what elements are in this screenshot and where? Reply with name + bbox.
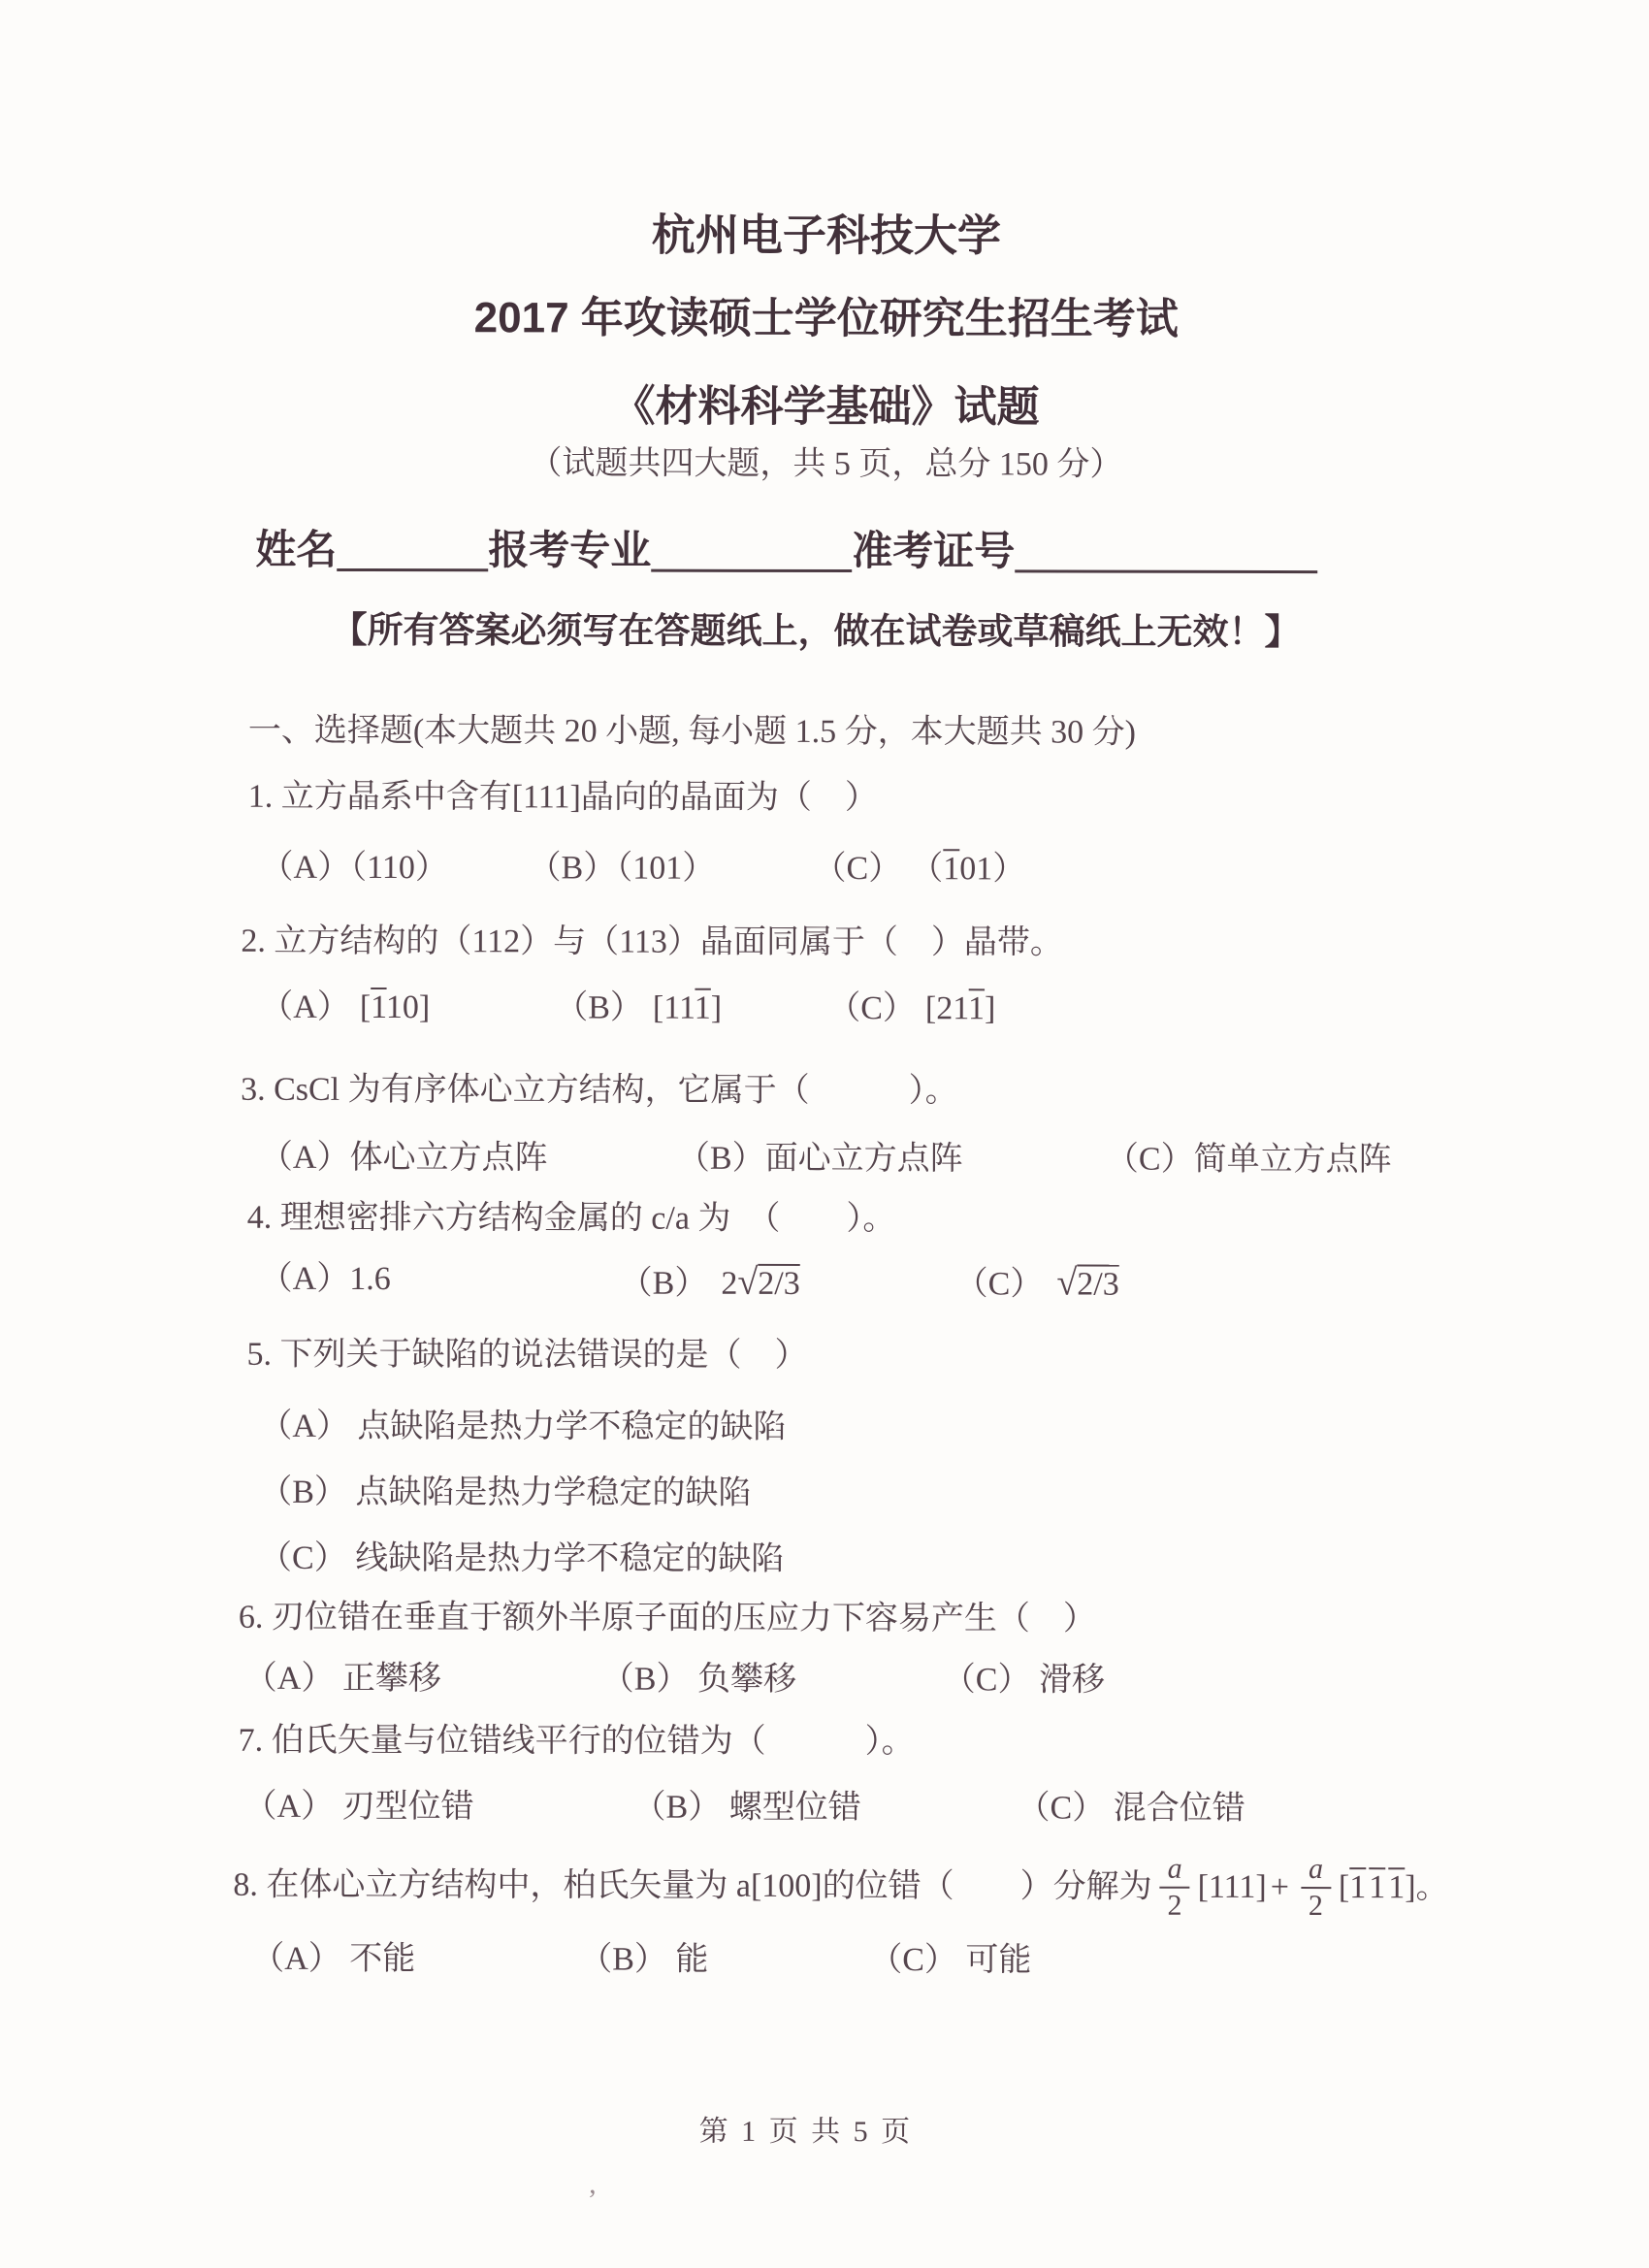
burgers-vector-111: [111] xyxy=(1198,1868,1267,1907)
overbarred-digits: 111 xyxy=(1349,1869,1405,1905)
q2-option-a: （A）[110] xyxy=(260,988,430,1027)
university-title: 杭州电子科技大学 xyxy=(2,208,1649,263)
admission-no-blank-line xyxy=(1015,567,1317,573)
q2-option-c: （C）[211] xyxy=(827,989,995,1028)
q4-option-c: （C）√2/3 xyxy=(955,1261,1119,1305)
q5-option-a: （A） 点缺陷是热力学不稳定的缺陷 xyxy=(259,1408,786,1447)
q4-option-a: （A）1.6 xyxy=(260,1260,391,1299)
fraction-a-over-2: a2 xyxy=(1160,1853,1190,1922)
question-4: 4. 理想密排六方结构金属的 c/a 为 （ ）。 xyxy=(247,1199,896,1240)
miller-index-overbar: 1 xyxy=(969,990,985,1026)
paper-title: 《材料科学基础》试题 xyxy=(2,380,1649,434)
q8-option-a: （A） 不能 xyxy=(251,1940,415,1979)
name-blank-line xyxy=(337,567,488,571)
answer-sheet-notice: 【所有答案必须写在答题纸上，做在试卷或草稿纸上无效！】 xyxy=(1,608,1631,654)
q2-option-b: （B）[111] xyxy=(555,988,722,1027)
q3-option-c: （C）简单立方点阵 xyxy=(1106,1141,1392,1181)
scan-stray-mark: ’ xyxy=(588,2184,598,2217)
section-1-heading: 一、选择题(本大题共 20 小题, 每小题 1.5 分，本大题共 30 分) xyxy=(248,712,1136,753)
name-label: 姓名 xyxy=(255,527,337,572)
major-label: 报考专业 xyxy=(488,527,651,572)
q7-option-b: （B） 螺型位错 xyxy=(633,1789,861,1829)
burgers-vector-neg111: [111] xyxy=(1339,1868,1416,1907)
q7-option-a: （A） 刃型位错 xyxy=(244,1788,474,1828)
q8-text: 8. 在体心立方结构中，柏氏矢量为 a[100]的位错（ ）分解为 xyxy=(233,1866,1151,1907)
q8-option-b: （B） 能 xyxy=(579,1940,708,1979)
admission-no-label: 准考证号 xyxy=(852,528,1015,573)
scanned-sheet: 杭州电子科技大学 2017 年攻读硕士学位研究生招生考试 《材料科学基础》试题 … xyxy=(0,0,1649,2268)
q7-option-c: （C） 混合位错 xyxy=(1018,1789,1245,1829)
q5-option-c: （C） 线缺陷是热力学不稳定的缺陷 xyxy=(259,1539,784,1579)
q6-option-b: （B） 负攀移 xyxy=(601,1661,796,1701)
page-number-footer: 第 1 页 共 5 页 xyxy=(0,2113,1614,2151)
fraction-a-over-2: a2 xyxy=(1301,1854,1331,1923)
question-2: 2. 立方结构的（112）与（113）晶面同属于（ ）晶带。 xyxy=(241,923,1063,963)
paper-info-subtitle: （试题共四大题，共 5 页，总分 150 分） xyxy=(1,443,1649,486)
question-1: 1. 立方晶系中含有[111]晶向的晶面为（ ） xyxy=(248,778,878,818)
candidate-info-row: 姓名报考专业准考证号 xyxy=(255,526,1317,576)
exam-paper-page: 杭州电子科技大学 2017 年攻读硕士学位研究生招生考试 《材料科学基础》试题 … xyxy=(0,0,1649,2268)
question-5: 5. 下列关于缺陷的说法错误的是（ ） xyxy=(246,1336,807,1376)
sqrt-symbol: √ xyxy=(1056,1263,1077,1304)
q1-option-a: （A）（110） xyxy=(261,849,448,889)
sqrt-symbol: √ xyxy=(737,1262,758,1303)
miller-index-overbar: 1 xyxy=(695,990,710,1026)
q5-option-b: （B） 点缺陷是热力学稳定的缺陷 xyxy=(259,1474,751,1513)
q1-option-c: （C）（101） xyxy=(814,850,1026,890)
q4-option-b: （B）2√2/3 xyxy=(620,1261,800,1305)
question-7: 7. 伯氏矢量与位错线平行的位错为（ ）。 xyxy=(239,1722,915,1763)
full-stop: 。 xyxy=(1416,1868,1449,1907)
q6-option-a: （A） 正攀移 xyxy=(244,1660,441,1700)
exam-session-title: 2017 年攻读硕士学位研究生招生考试 xyxy=(2,292,1649,345)
miller-index-overbar: 1 xyxy=(371,989,386,1025)
major-blank-line xyxy=(651,567,852,572)
q6-option-c: （C） 滑移 xyxy=(943,1661,1105,1700)
plus-sign: + xyxy=(1271,1868,1289,1907)
question-8: 8. 在体心立方结构中，柏氏矢量为 a[100]的位错（ ）分解为 a2 [11… xyxy=(233,1847,1448,1928)
miller-index-overbar: 1 xyxy=(943,851,959,887)
question-3: 3. CsCl 为有序体心立方结构，它属于（ ）。 xyxy=(241,1071,958,1112)
question-6: 6. 刃位错在垂直于额外半原子面的压应力下容易产生（ ） xyxy=(239,1599,1096,1639)
q3-option-b: （B）面心立方点阵 xyxy=(677,1140,963,1180)
q1-option-b: （B）（101） xyxy=(529,849,716,889)
q3-option-a: （A）体心立方点阵 xyxy=(260,1139,548,1179)
q8-option-c: （C） 可能 xyxy=(869,1941,1031,1980)
